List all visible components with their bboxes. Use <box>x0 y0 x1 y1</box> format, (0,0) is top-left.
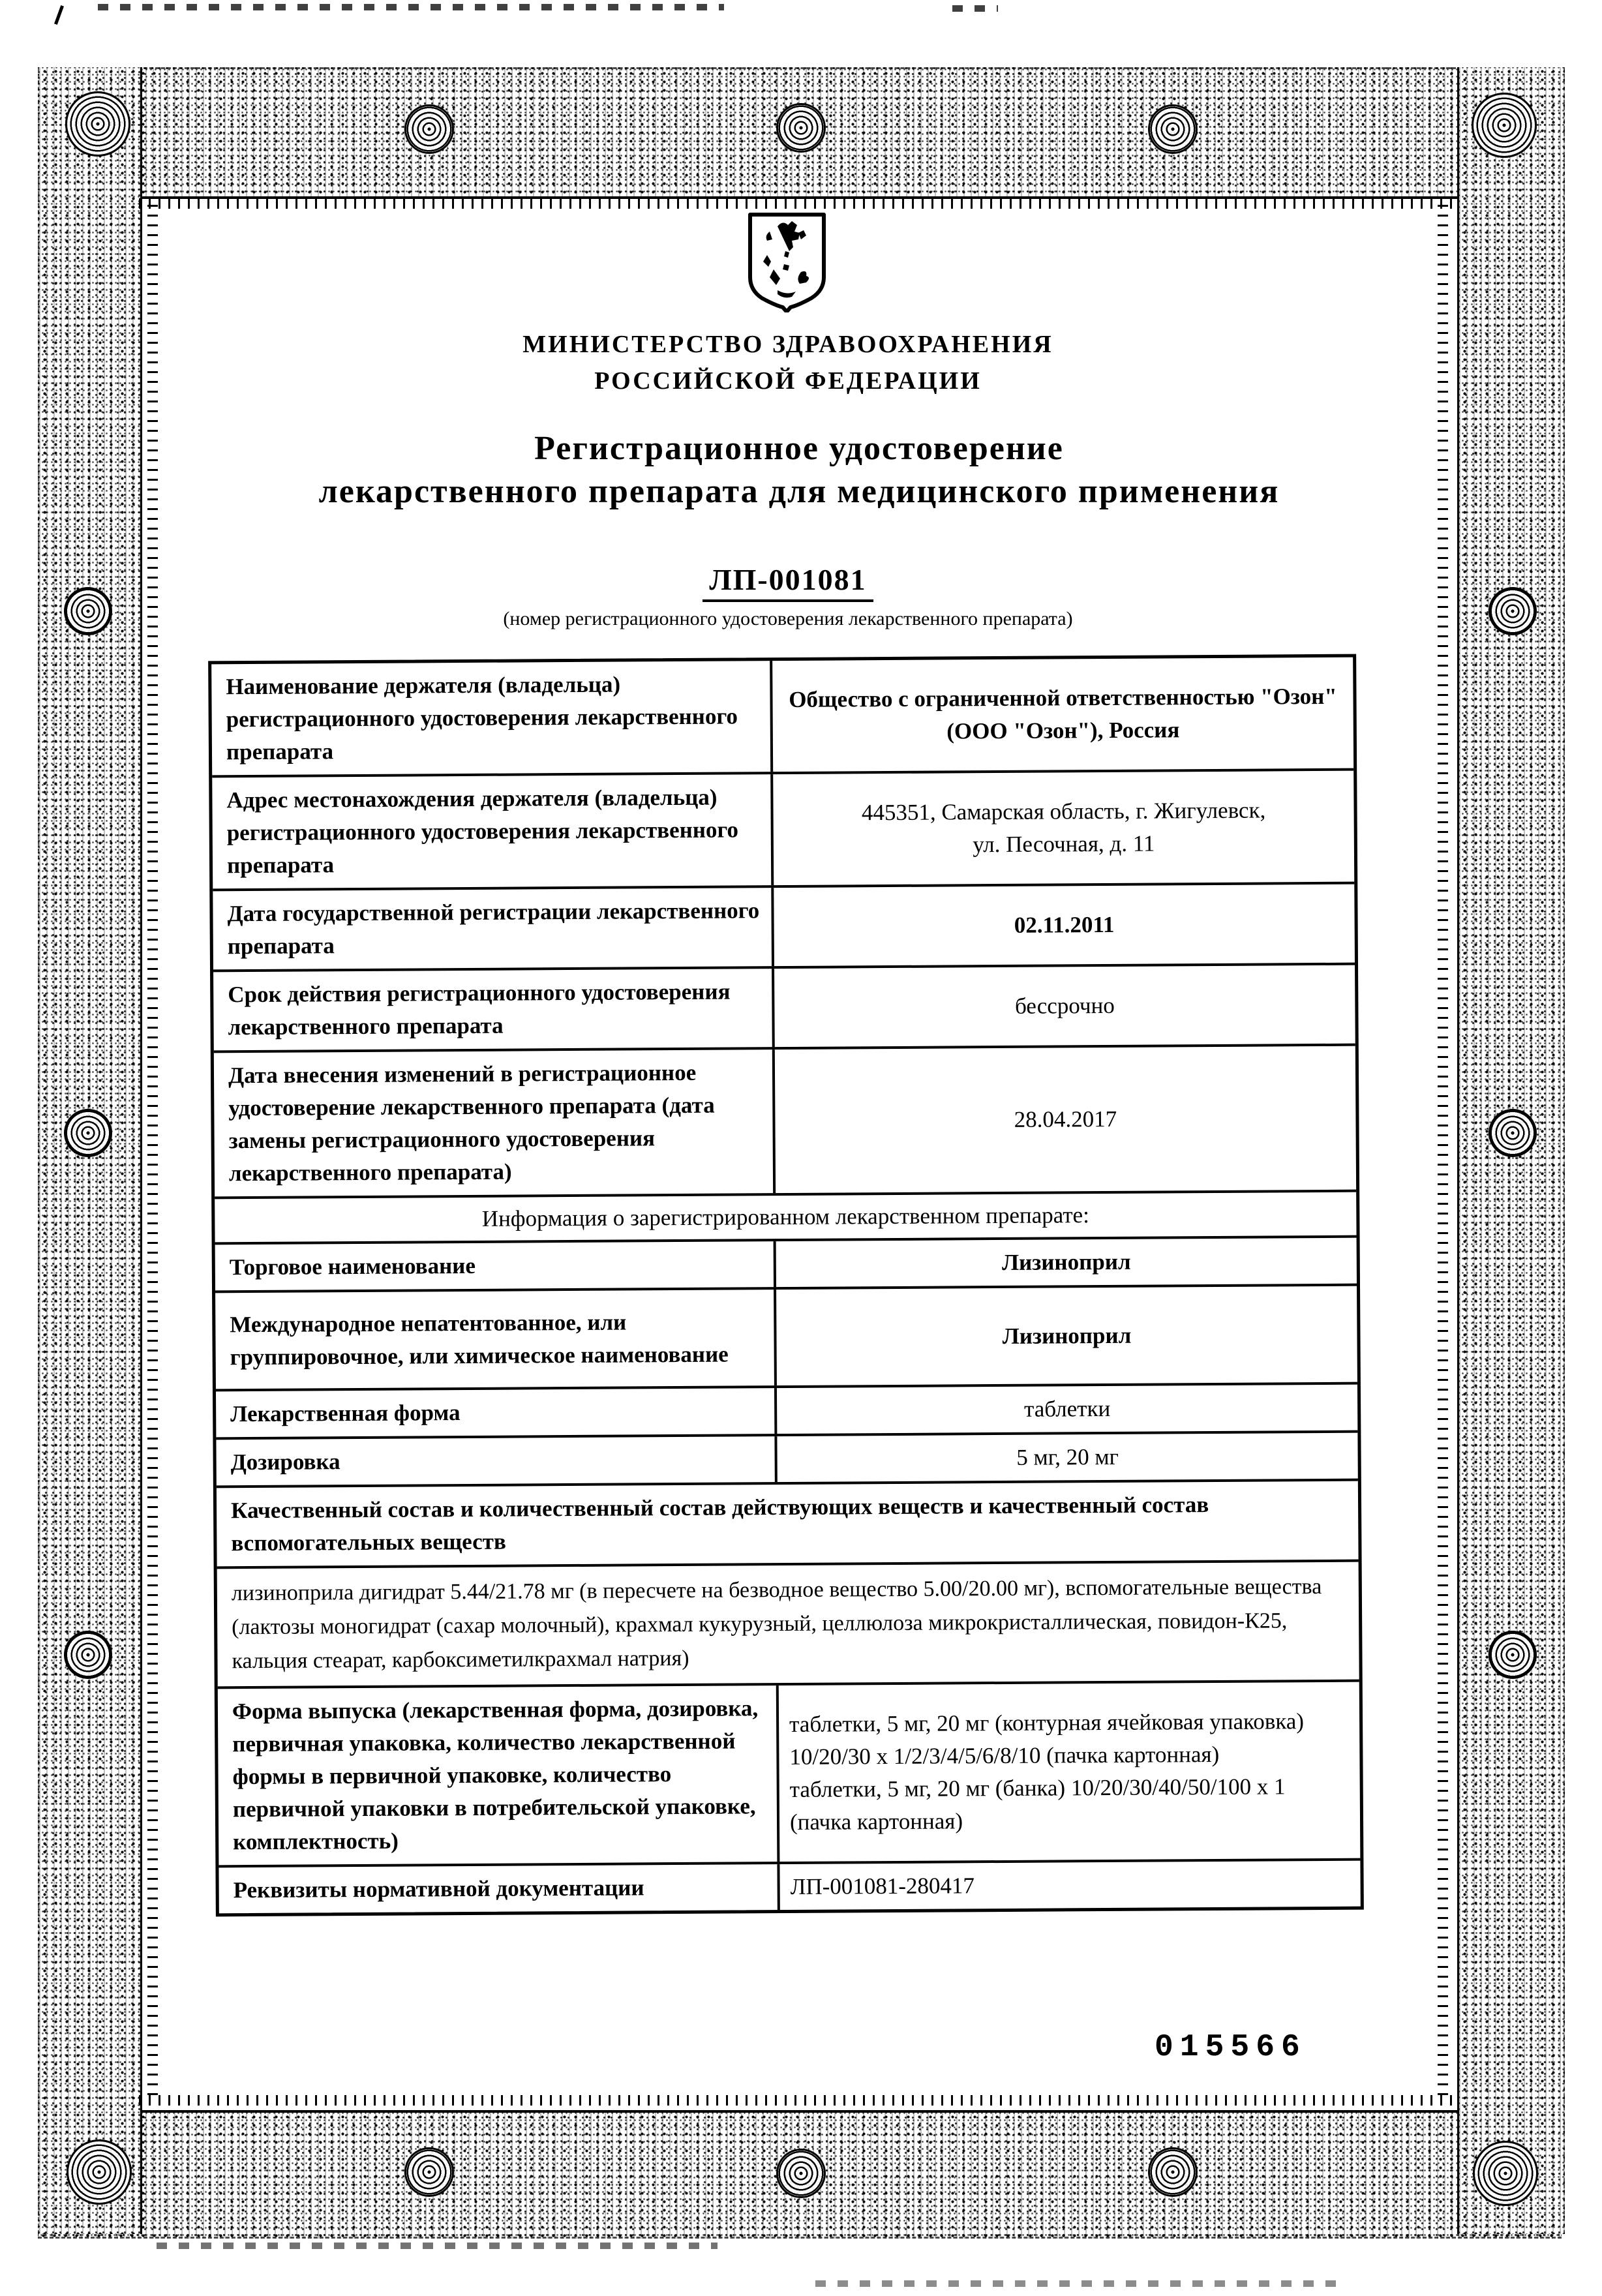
registration-number-caption: (номер регистрационного удостоверения ле… <box>214 608 1362 630</box>
table-row: Дата государственной регистрации лекарст… <box>213 882 1355 970</box>
row-value: 02.11.2011 <box>774 884 1355 966</box>
row-value: Общество с ограниченной ответственностью… <box>772 657 1353 772</box>
border-rosette-corner <box>1473 2141 1538 2206</box>
border-tick-line <box>139 2095 1457 2106</box>
ministry-name: МИНИСТЕРСТВО ЗДРАВООХРАНЕНИЯ РОССИЙСКОЙ … <box>214 326 1362 399</box>
border-rosette <box>64 587 112 635</box>
row-value: 28.04.2017 <box>775 1046 1356 1193</box>
border-rosette-corner <box>1472 93 1537 158</box>
border-rosette <box>1148 104 1198 154</box>
border-rosette <box>404 2147 454 2197</box>
border-rosette <box>776 2149 826 2198</box>
row-value: таблетки, 5 мг, 20 мг (контурная ячейков… <box>779 1682 1361 1862</box>
registration-number: ЛП-001081 <box>703 562 873 602</box>
composition-text: лизиноприла дигидрат 5.44/21.78 мг (в пе… <box>217 1562 1359 1687</box>
coat-of-arms-icon <box>744 209 830 312</box>
ministry-line1: МИНИСТЕРСТВО ЗДРАВООХРАНЕНИЯ <box>214 326 1362 363</box>
document-title: Регистрационное удостоверение лекарствен… <box>117 427 1481 513</box>
border-rosette-corner <box>67 2139 132 2205</box>
table-section-row: Качественный состав и количественный сос… <box>217 1479 1359 1567</box>
row-label: Торговое наименование <box>215 1241 776 1290</box>
section-title: Информация о зарегистрированном лекарств… <box>215 1192 1356 1243</box>
row-label: Адрес местонахождения держателя (владель… <box>212 774 774 888</box>
row-label: Форма выпуска (лекарственная форма, дози… <box>218 1685 780 1865</box>
row-label: Лекарственная форма <box>216 1388 777 1437</box>
border-rosette <box>1489 1109 1537 1157</box>
row-value: 445351, Самарская область, г. Жигулевск,… <box>773 771 1354 885</box>
row-value: 5 мг, 20 мг <box>777 1433 1357 1482</box>
table-section-row: лизиноприла дигидрат 5.44/21.78 мг (в пе… <box>217 1560 1359 1687</box>
row-label: Дата государственной регистрации лекарст… <box>213 888 774 969</box>
table-row: Срок действия регистрационного удостовер… <box>213 963 1355 1051</box>
table-row: Лекарственная форма таблетки <box>216 1382 1357 1438</box>
table-row: Международное непатентованное, или групп… <box>215 1284 1357 1389</box>
section-header: Качественный состав и количественный сос… <box>217 1481 1359 1567</box>
title-line1: Регистрационное удостоверение <box>117 427 1481 470</box>
table-row: Дата внесения изменений в регистрационно… <box>214 1044 1356 1197</box>
table-row: Реквизиты нормативной документации ЛП-00… <box>219 1858 1360 1914</box>
scan-noise-strip <box>157 2243 718 2249</box>
border-rosette <box>404 104 454 154</box>
registration-number-block: ЛП-001081 <box>214 562 1362 602</box>
row-value: Лизиноприл <box>776 1286 1357 1385</box>
scan-noise-strip <box>98 4 724 10</box>
border-rosette <box>1489 587 1537 635</box>
table-row: Адрес местонахождения держателя (владель… <box>212 768 1354 889</box>
table-row: Наименование держателя (владельца) регис… <box>211 657 1353 776</box>
ministry-line2: РОССИЙСКОЙ ФЕДЕРАЦИИ <box>214 363 1362 399</box>
border-rosette <box>1148 2147 1198 2197</box>
scan-noise-strip <box>815 2280 1337 2287</box>
row-label: Международное непатентованное, или групп… <box>215 1290 777 1389</box>
row-label: Дозировка <box>216 1436 777 1485</box>
table-row: Торговое наименование Лизиноприл <box>215 1235 1357 1291</box>
row-value: Лизиноприл <box>776 1238 1357 1287</box>
table-section-row: Информация о зарегистрированном лекарств… <box>215 1190 1356 1243</box>
scan-noise-strip <box>952 5 998 12</box>
row-label: Дата внесения изменений в регистрационно… <box>214 1050 776 1196</box>
border-rosette <box>1489 1631 1537 1679</box>
certificate-table: Наименование держателя (владельца) регис… <box>208 654 1364 1917</box>
certificate-page: МИНИСТЕРСТВО ЗДРАВООХРАНЕНИЯ РОССИЙСКОЙ … <box>0 0 1602 2296</box>
row-label: Реквизиты нормативной документации <box>219 1864 779 1913</box>
form-serial-number: 015566 <box>1155 2030 1307 2065</box>
border-rosette <box>776 103 826 153</box>
row-label: Наименование держателя (владельца) регис… <box>211 661 773 775</box>
table-row: Дозировка 5 мг, 20 мг <box>216 1430 1357 1486</box>
row-value: бессрочно <box>774 965 1355 1047</box>
table-row: Форма выпуска (лекарственная форма, дози… <box>218 1680 1361 1865</box>
border-tick-line <box>139 198 1457 209</box>
row-value: таблетки <box>777 1385 1357 1434</box>
border-rosette-corner <box>65 91 130 157</box>
row-value: ЛП-001081-280417 <box>779 1861 1360 1910</box>
border-rosette <box>64 1631 112 1679</box>
scan-noise-mark <box>54 5 64 25</box>
title-line2: лекарственного препарата для медицинског… <box>117 470 1481 513</box>
row-label: Срок действия регистрационного удостовер… <box>213 969 775 1050</box>
border-rosette <box>64 1109 112 1157</box>
